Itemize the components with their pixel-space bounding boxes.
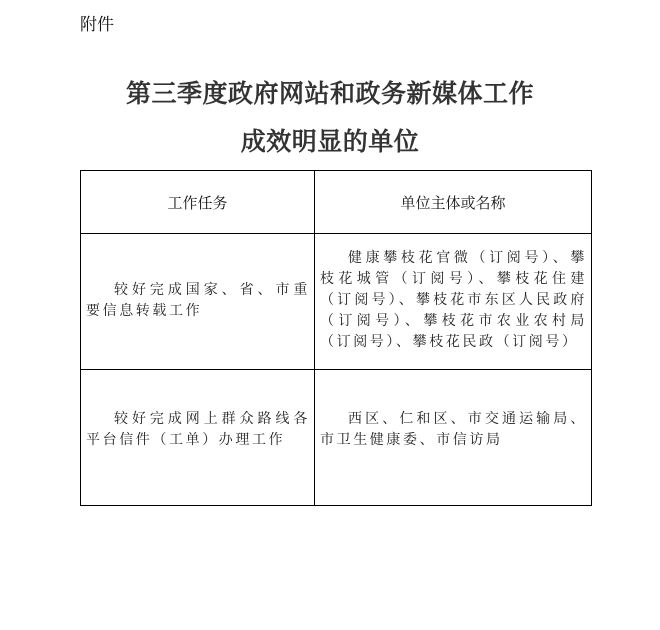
units-cell: 西区、仁和区、市交通运输局、市卫生健康委、市信访局 xyxy=(315,370,592,506)
table-row: 较好完成网上群众路线各平台信件（工单）办理工作 西区、仁和区、市交通运输局、市卫… xyxy=(81,370,592,506)
document-title-line-1: 第三季度政府网站和政务新媒体工作 xyxy=(0,74,660,110)
attachment-label: 附件 xyxy=(80,10,114,35)
task-text: 较好完成国家、省、市重要信息转载工作 xyxy=(81,280,314,322)
table-row: 较好完成国家、省、市重要信息转载工作 健康攀枝花官微（订阅号）、攀枝花城管（订阅… xyxy=(81,234,592,370)
header-unit-name: 单位主体或名称 xyxy=(315,171,592,234)
units-text: 健康攀枝花官微（订阅号）、攀枝花城管（订阅号）、攀枝花住建（订阅号）、攀枝花市东… xyxy=(315,234,591,353)
units-table: 工作任务 单位主体或名称 较好完成国家、省、市重要信息转载工作 健康攀枝花官微（… xyxy=(80,170,592,506)
header-work-task: 工作任务 xyxy=(81,171,315,234)
task-cell: 较好完成国家、省、市重要信息转载工作 xyxy=(81,234,315,370)
table-header-row: 工作任务 单位主体或名称 xyxy=(81,171,592,234)
document-title-line-2: 成效明显的单位 xyxy=(0,122,660,158)
units-cell: 健康攀枝花官微（订阅号）、攀枝花城管（订阅号）、攀枝花住建（订阅号）、攀枝花市东… xyxy=(315,234,592,370)
task-cell: 较好完成网上群众路线各平台信件（工单）办理工作 xyxy=(81,370,315,506)
units-text: 西区、仁和区、市交通运输局、市卫生健康委、市信访局 xyxy=(315,409,591,451)
task-text: 较好完成网上群众路线各平台信件（工单）办理工作 xyxy=(81,409,314,451)
